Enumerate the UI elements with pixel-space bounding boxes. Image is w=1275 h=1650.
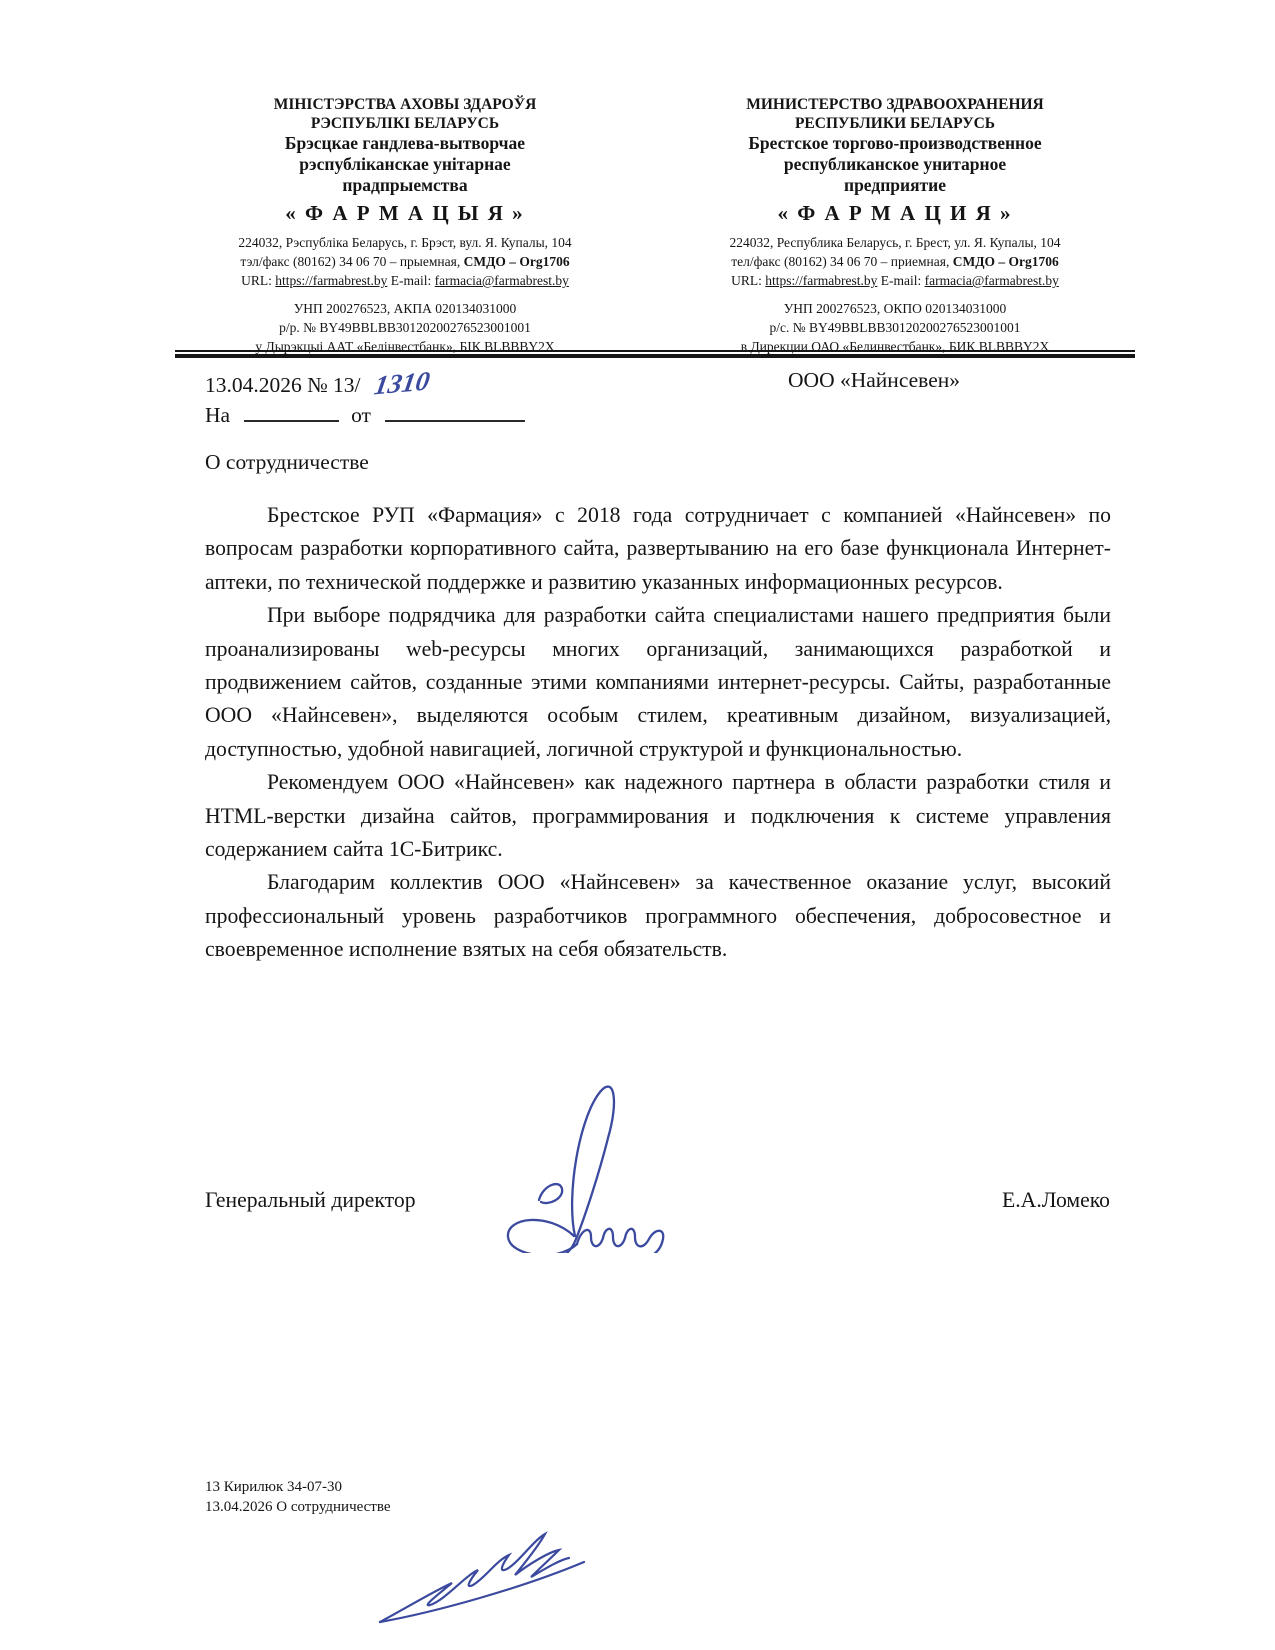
- org-line2: республиканское унитарное: [680, 154, 1110, 175]
- phone-text: тел/факс (80162) 34 06 70 – приемная,: [731, 254, 952, 269]
- outgoing-number: 13.04.2026 № 13/1310: [205, 368, 429, 399]
- letterhead-left-column: МІНІСТЭРСТВА АХОВЫ ЗДАРОЎЯ РЭСПУБЛІКІ БЕ…: [190, 95, 620, 356]
- subject-line: О сотрудничестве: [205, 450, 369, 475]
- smdo-code: СМДО – Org1706: [464, 254, 570, 269]
- bottom-signature-ink: [372, 1512, 592, 1637]
- unp-line: УНП 200276523, ОКПО 020134031000: [680, 299, 1110, 318]
- recipient: ООО «Найнсевен»: [788, 368, 960, 399]
- ot-label: от: [351, 403, 371, 427]
- url-label: URL:: [241, 273, 275, 288]
- account-line: р/с. № BY49BBLBB30120200276523001001: [680, 318, 1110, 337]
- signature-row: Генеральный директор Е.А.Ломеко: [205, 1188, 1110, 1213]
- bank-block-by: УНП 200276523, АКПА 020134031000 р/р. № …: [190, 299, 620, 356]
- address-line: 224032, Рэспубліка Беларусь, г. Брэст, в…: [190, 233, 620, 252]
- ministry-line2: РЕСПУБЛИКИ БЕЛАРУСЬ: [680, 114, 1110, 133]
- org-line2: рэспубліканскае унітарнае: [190, 154, 620, 175]
- registration-line: 13.04.2026 О сотрудничестве: [205, 1497, 391, 1517]
- address-block-ru: 224032, Республика Беларусь, г. Брест, у…: [680, 233, 1110, 290]
- na-label: На: [205, 403, 230, 427]
- website-link: https://farmabrest.by: [275, 273, 387, 288]
- links-line: URL: https://farmabrest.by E-mail: farma…: [680, 271, 1110, 290]
- org-line3: предприятие: [680, 175, 1110, 196]
- reference-row: 13.04.2026 № 13/1310 ООО «Найнсевен»: [205, 368, 1110, 399]
- unp-line: УНП 200276523, АКПА 020134031000: [190, 299, 620, 318]
- address-block-by: 224032, Рэспубліка Беларусь, г. Брэст, в…: [190, 233, 620, 290]
- ministry-line1: МИНИСТЕРСТВО ЗДРАВООХРАНЕНИЯ: [680, 95, 1110, 114]
- paragraph-4: Благодарим коллектив ООО «Найнсевен» за …: [205, 866, 1111, 966]
- letterhead-right-column: МИНИСТЕРСТВО ЗДРАВООХРАНЕНИЯ РЕСПУБЛИКИ …: [680, 95, 1110, 356]
- url-label: URL:: [731, 273, 765, 288]
- phone-text: тэл/факс (80162) 34 06 70 – прыемная,: [240, 254, 463, 269]
- org-name-by: Брэсцкае гандлева-вытворчае рэспубліканс…: [190, 133, 620, 196]
- account-line: р/р. № BY49BBLBB30120200276523001001: [190, 318, 620, 337]
- scanned-letter-page: МІНІСТЭРСТВА АХОВЫ ЗДАРОЎЯ РЭСПУБЛІКІ БЕ…: [0, 0, 1275, 1650]
- divider-thin-line: [175, 350, 1135, 352]
- website-link: https://farmabrest.by: [765, 273, 877, 288]
- divider-thick-line: [175, 354, 1135, 358]
- org-line1: Брестское торгово-производственное: [680, 133, 1110, 154]
- smdo-code: СМДО – Org1706: [953, 254, 1059, 269]
- signer-name: Е.А.Ломеко: [1002, 1188, 1110, 1213]
- paragraph-1: Брестское РУП «Фармация» с 2018 года сот…: [205, 499, 1111, 599]
- paragraph-2: При выборе подрядчика для разработки сай…: [205, 599, 1111, 766]
- letterhead-divider: [175, 350, 1135, 358]
- links-line: URL: https://farmabrest.by E-mail: farma…: [190, 271, 620, 290]
- handwritten-number: 1310: [372, 366, 432, 402]
- email-link: farmacia@farmabrest.by: [925, 273, 1059, 288]
- paragraph-3: Рекомендуем ООО «Найнсевен» как надежног…: [205, 766, 1111, 866]
- brand-name-ru: « Ф А Р М А Ц И Я »: [680, 201, 1110, 226]
- ministry-name-by: МІНІСТЭРСТВА АХОВЫ ЗДАРОЎЯ РЭСПУБЛІКІ БЕ…: [190, 95, 620, 133]
- org-name-ru: Брестское торгово-производственное респу…: [680, 133, 1110, 196]
- phone-line: тел/факс (80162) 34 06 70 – приемная, СМ…: [680, 252, 1110, 271]
- ministry-line1: МІНІСТЭРСТВА АХОВЫ ЗДАРОЎЯ: [190, 95, 620, 114]
- letter-body: Брестское РУП «Фармация» с 2018 года сот…: [205, 499, 1111, 967]
- incoming-date-blank: [385, 400, 525, 422]
- signer-title: Генеральный директор: [205, 1188, 416, 1213]
- phone-line: тэл/факс (80162) 34 06 70 – прыемная, СМ…: [190, 252, 620, 271]
- ministry-line2: РЭСПУБЛІКІ БЕЛАРУСЬ: [190, 114, 620, 133]
- org-line1: Брэсцкае гандлева-вытворчае: [190, 133, 620, 154]
- email-link: farmacia@farmabrest.by: [435, 273, 569, 288]
- director-signature-ink: [478, 1078, 708, 1253]
- letterhead: МІНІСТЭРСТВА АХОВЫ ЗДАРОЎЯ РЭСПУБЛІКІ БЕ…: [190, 95, 1110, 356]
- reply-reference-row: Наот: [205, 400, 805, 428]
- address-line: 224032, Республика Беларусь, г. Брест, у…: [680, 233, 1110, 252]
- email-label: E-mail:: [387, 273, 434, 288]
- ministry-name-ru: МИНИСТЕРСТВО ЗДРАВООХРАНЕНИЯ РЕСПУБЛИКИ …: [680, 95, 1110, 133]
- date-and-number: 13.04.2026 № 13/: [205, 373, 361, 397]
- executor-footer: 13 Кирилюк 34-07-30 13.04.2026 О сотрудн…: [205, 1477, 391, 1517]
- incoming-number-blank: [244, 400, 339, 422]
- email-label: E-mail:: [877, 273, 924, 288]
- bank-block-ru: УНП 200276523, ОКПО 020134031000 р/с. № …: [680, 299, 1110, 356]
- org-line3: прадпрыемства: [190, 175, 620, 196]
- brand-name-by: « Ф А Р М А Ц Ы Я »: [190, 201, 620, 226]
- executor-line: 13 Кирилюк 34-07-30: [205, 1477, 391, 1497]
